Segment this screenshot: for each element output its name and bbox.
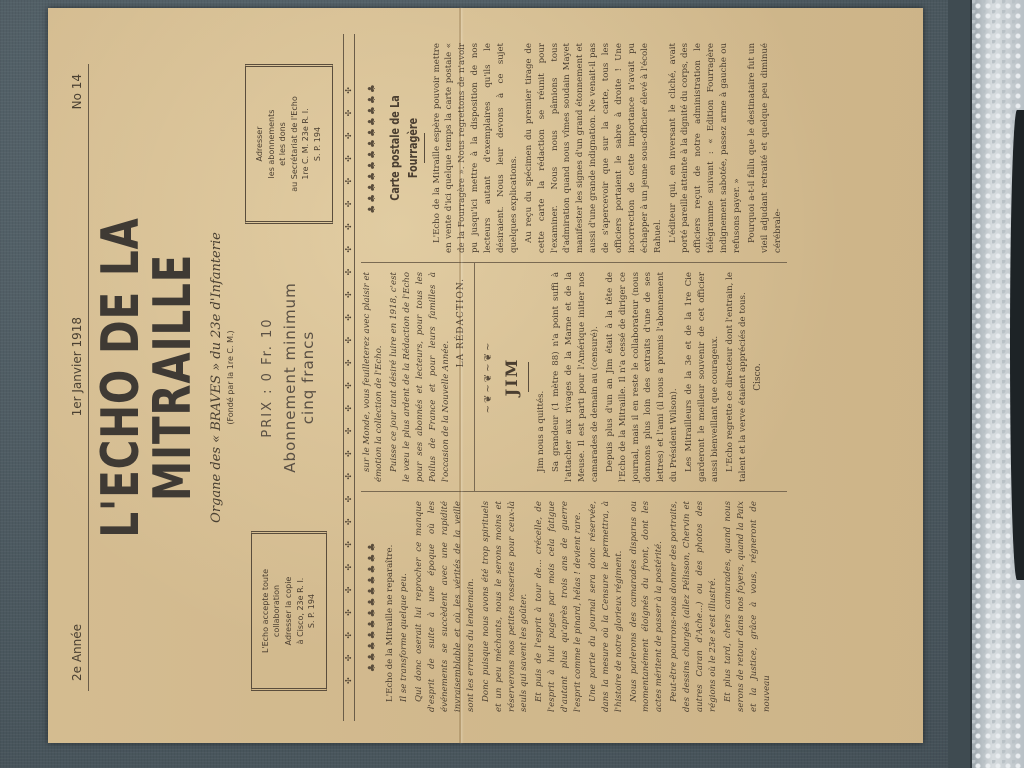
article-heading-jim: JIM [500,272,524,482]
issue-number: No 14 [70,74,84,109]
price: PRIX : 0 Fr. 10 [260,224,275,531]
founded-note: (Fondé par la 1re C. M.) [226,34,235,721]
paragraph: L'éditeur qui, en inversant le cliché, a… [667,43,744,253]
newspaper-page: 2e Année 1er Janvier 1918 No 14 L'ECHO D… [48,8,923,743]
paper-fold [459,8,461,743]
paragraph: Il se transforme quelque peu. [398,501,411,712]
paragraph: Qui donc oserait lui reprocher ce manque… [413,501,477,712]
edition-year: 2e Année [70,624,84,681]
box-line: à Cisco, 23e R. I. [295,540,307,682]
box-line: les abonnements [266,73,278,215]
lace-cloth [970,0,1024,768]
article-columns: ♣♣♣♣♣♣♣♣♣♣♣♣ L'Echo de la Mitraille ne r… [361,34,787,721]
box-line: 1re C. M. 23e R. I. [300,73,312,215]
paragraph: Nous parlerons des camarades disparus ou… [628,501,667,712]
paragraph: Depuis plus d'un an Jim était à la tête … [604,272,681,482]
price-block: PRIX : 0 Fr. 10 Abonnement minimum cinq … [260,224,317,531]
paragraph: Et plus tard, chers camarades, quand nou… [722,501,774,712]
subscription-line-2: cinq francs [299,224,317,531]
heading-rule [528,362,529,392]
paragraph: L'Echo regrette ce directeur dont l'entr… [724,272,750,482]
subscription-line-1: Abonnement minimum [281,224,299,531]
paragraph: Peut-être pourrons-nous donner des portr… [668,501,720,712]
jim-signature: Cisco. [752,272,766,482]
paragraph: Jim nous a quittés. [535,272,548,482]
column-3: ♣♣♣♣♣♣♣♣♣♣♣♣ Carte postale de La Fourrag… [361,34,787,263]
column-2: sur le Monde, vous feuilleterez avec pla… [361,263,787,492]
box-line: Adresser [254,73,266,215]
fleur-ornament-icon: ♣♣♣♣♣♣♣♣♣♣♣♣ [365,43,380,253]
box-line: collaboration [271,540,283,682]
masthead-topline: 2e Année 1er Janvier 1918 No 14 [70,34,84,721]
newspaper-title: L'ECHO DE LA MITRAILLE [95,110,199,646]
newspaper-subtitle: Organe des « BRAVES » du 23e d'Infanteri… [209,34,224,721]
box-line: Adresser la copie [283,540,295,682]
editorial-signature: LA RÉDACTION. [455,278,469,482]
fleur-ornament-icon: ♣♣♣♣♣♣♣♣♣♣♣♣ [365,501,380,712]
newspaper-photo: 2e Année 1er Janvier 1918 No 14 L'ECHO D… [48,8,923,743]
masthead-info-row: L'Echo accepte toute collaboration Adres… [245,34,333,721]
cross-separator: ✣✣✣✣✣✣✣✣✣✣✣✣✣✣✣✣✣✣✣✣✣✣✣✣✣✣✣ [343,34,355,721]
paragraph: Au reçu du spécimen du premier tirage de… [523,43,665,253]
subscriptions-box: Adresser les abonnements et les dons au … [245,64,333,224]
collaboration-box: L'Echo accepte toute collaboration Adres… [251,531,327,691]
paragraph: Puisse ce jour tant désiré luire en 1918… [388,272,452,482]
column-1: ♣♣♣♣♣♣♣♣♣♣♣♣ L'Echo de la Mitraille ne r… [361,492,787,721]
paragraph: Donc puisque nous avons été trop spiritu… [480,501,532,712]
paragraph: Les Mitrailleurs de la 3e et de la 1re C… [683,272,722,482]
column-divider [474,263,475,491]
box-line: L'Echo accepte toute [260,540,272,682]
masthead-rule [88,64,89,691]
background-fabric-shadow [948,0,972,768]
paragraph: Pourquoi a-t-il fallu que le destinatair… [746,43,785,253]
paragraph: Sa grandeur (1 mètre 88) n'a point suffi… [550,272,602,482]
paragraph: L'Echo de la Mitraille ne reparaître. [384,501,397,712]
article-heading-fourragere: Carte postale de La Fourragère [386,64,422,232]
paragraph: Une partie du journal sera donc réservée… [587,501,626,712]
box-line: S. P. 194 [306,540,318,682]
paragraph: sur le Monde, vous feuilleterez avec pla… [361,272,387,482]
box-line: S. P. 194 [312,73,324,215]
paragraph: L'Echo de la Mitraille espère pouvoir me… [431,43,521,253]
box-line: et les dons [277,73,289,215]
heading-rule [424,133,425,163]
issue-date: 1er Janvier 1918 [70,317,84,416]
paragraph: Et puis de l'esprit à tour de... crécell… [533,501,585,712]
scroll-ornament-icon: ~❦~❦~❦~ [481,272,496,482]
box-line: au Secrétariat de l'Echo [289,73,301,215]
